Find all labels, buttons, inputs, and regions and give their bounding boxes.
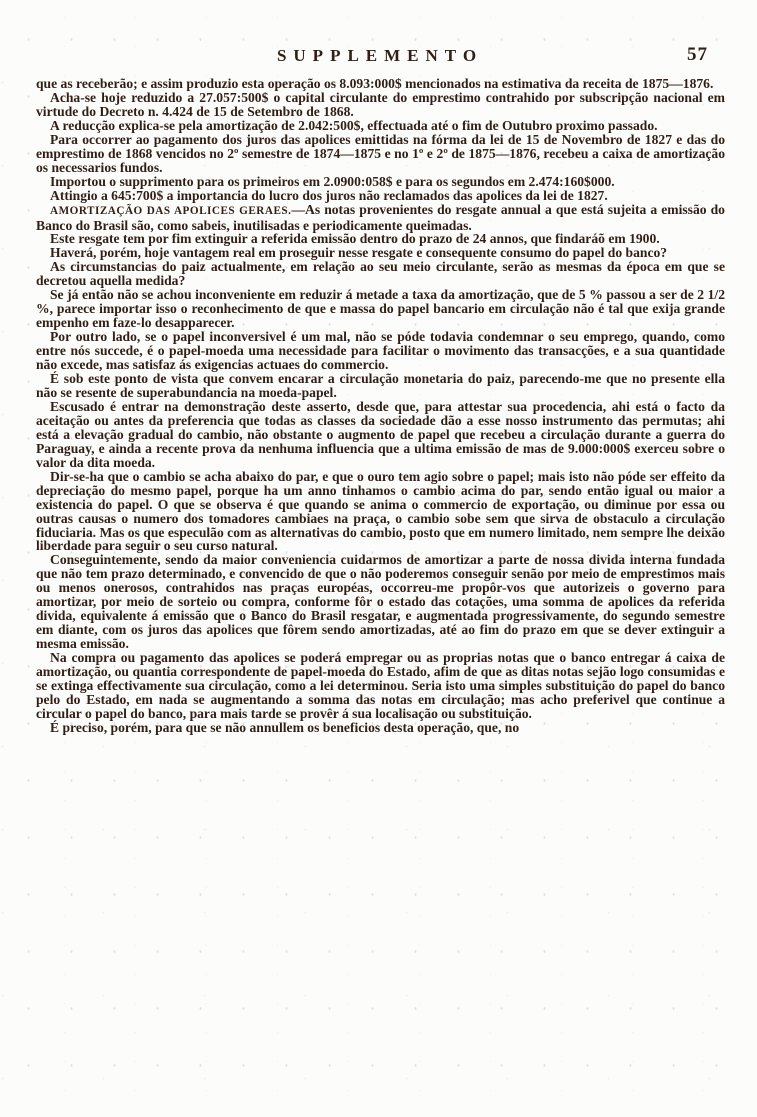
paragraph: que as receberão; e assim produzio esta …: [36, 77, 725, 91]
paragraph: Por outro lado, se o papel inconversivel…: [36, 330, 725, 372]
paragraph: Conseguintemente, sendo da maior conveni…: [36, 553, 725, 651]
paragraph: Dir-se-ha que o cambio se acha abaixo do…: [36, 470, 725, 554]
paragraph: As circumstancias do paiz actualmente, e…: [36, 260, 725, 288]
page-title: SUPPLEMENTO: [277, 46, 483, 65]
paragraph: Acha-se hoje reduzido a 27.057:500$ o ca…: [36, 91, 725, 119]
paragraph: Escusado é entrar na demonstração deste …: [36, 400, 725, 470]
page-number: 57: [687, 44, 708, 66]
paragraph: É preciso, porém, para que se não annull…: [36, 721, 725, 735]
section-lead: Amortização das apolices geraes.: [50, 205, 291, 217]
paragraph: Este resgate tem por fim extinguir a ref…: [36, 232, 725, 246]
paragraph: Se já então não se achou inconveniente e…: [36, 288, 725, 330]
page-header: SUPPLEMENTO 57: [36, 46, 724, 70]
text-block: que as receberão; e assim produzio esta …: [36, 77, 725, 735]
paragraph: A reducção explica-se pela amortização d…: [36, 119, 725, 133]
paragraph: É sob este ponto de vista que convem enc…: [36, 372, 725, 400]
paragraph: Amortização das apolices geraes.—As nota…: [36, 203, 725, 233]
scanned-page: SUPPLEMENTO 57 que as receberão; e assim…: [0, 0, 757, 1117]
paragraph: Na compra ou pagamento das apolices se p…: [36, 651, 725, 721]
paragraph: Para occorrer ao pagamento dos juros das…: [36, 133, 725, 175]
paragraph: Attingio a 645:700$ a importancia do luc…: [36, 189, 725, 203]
paragraph: Haverá, porém, hoje vantagem real em pro…: [36, 246, 725, 260]
paragraph: Importou o supprimento para os primeiros…: [36, 175, 725, 189]
